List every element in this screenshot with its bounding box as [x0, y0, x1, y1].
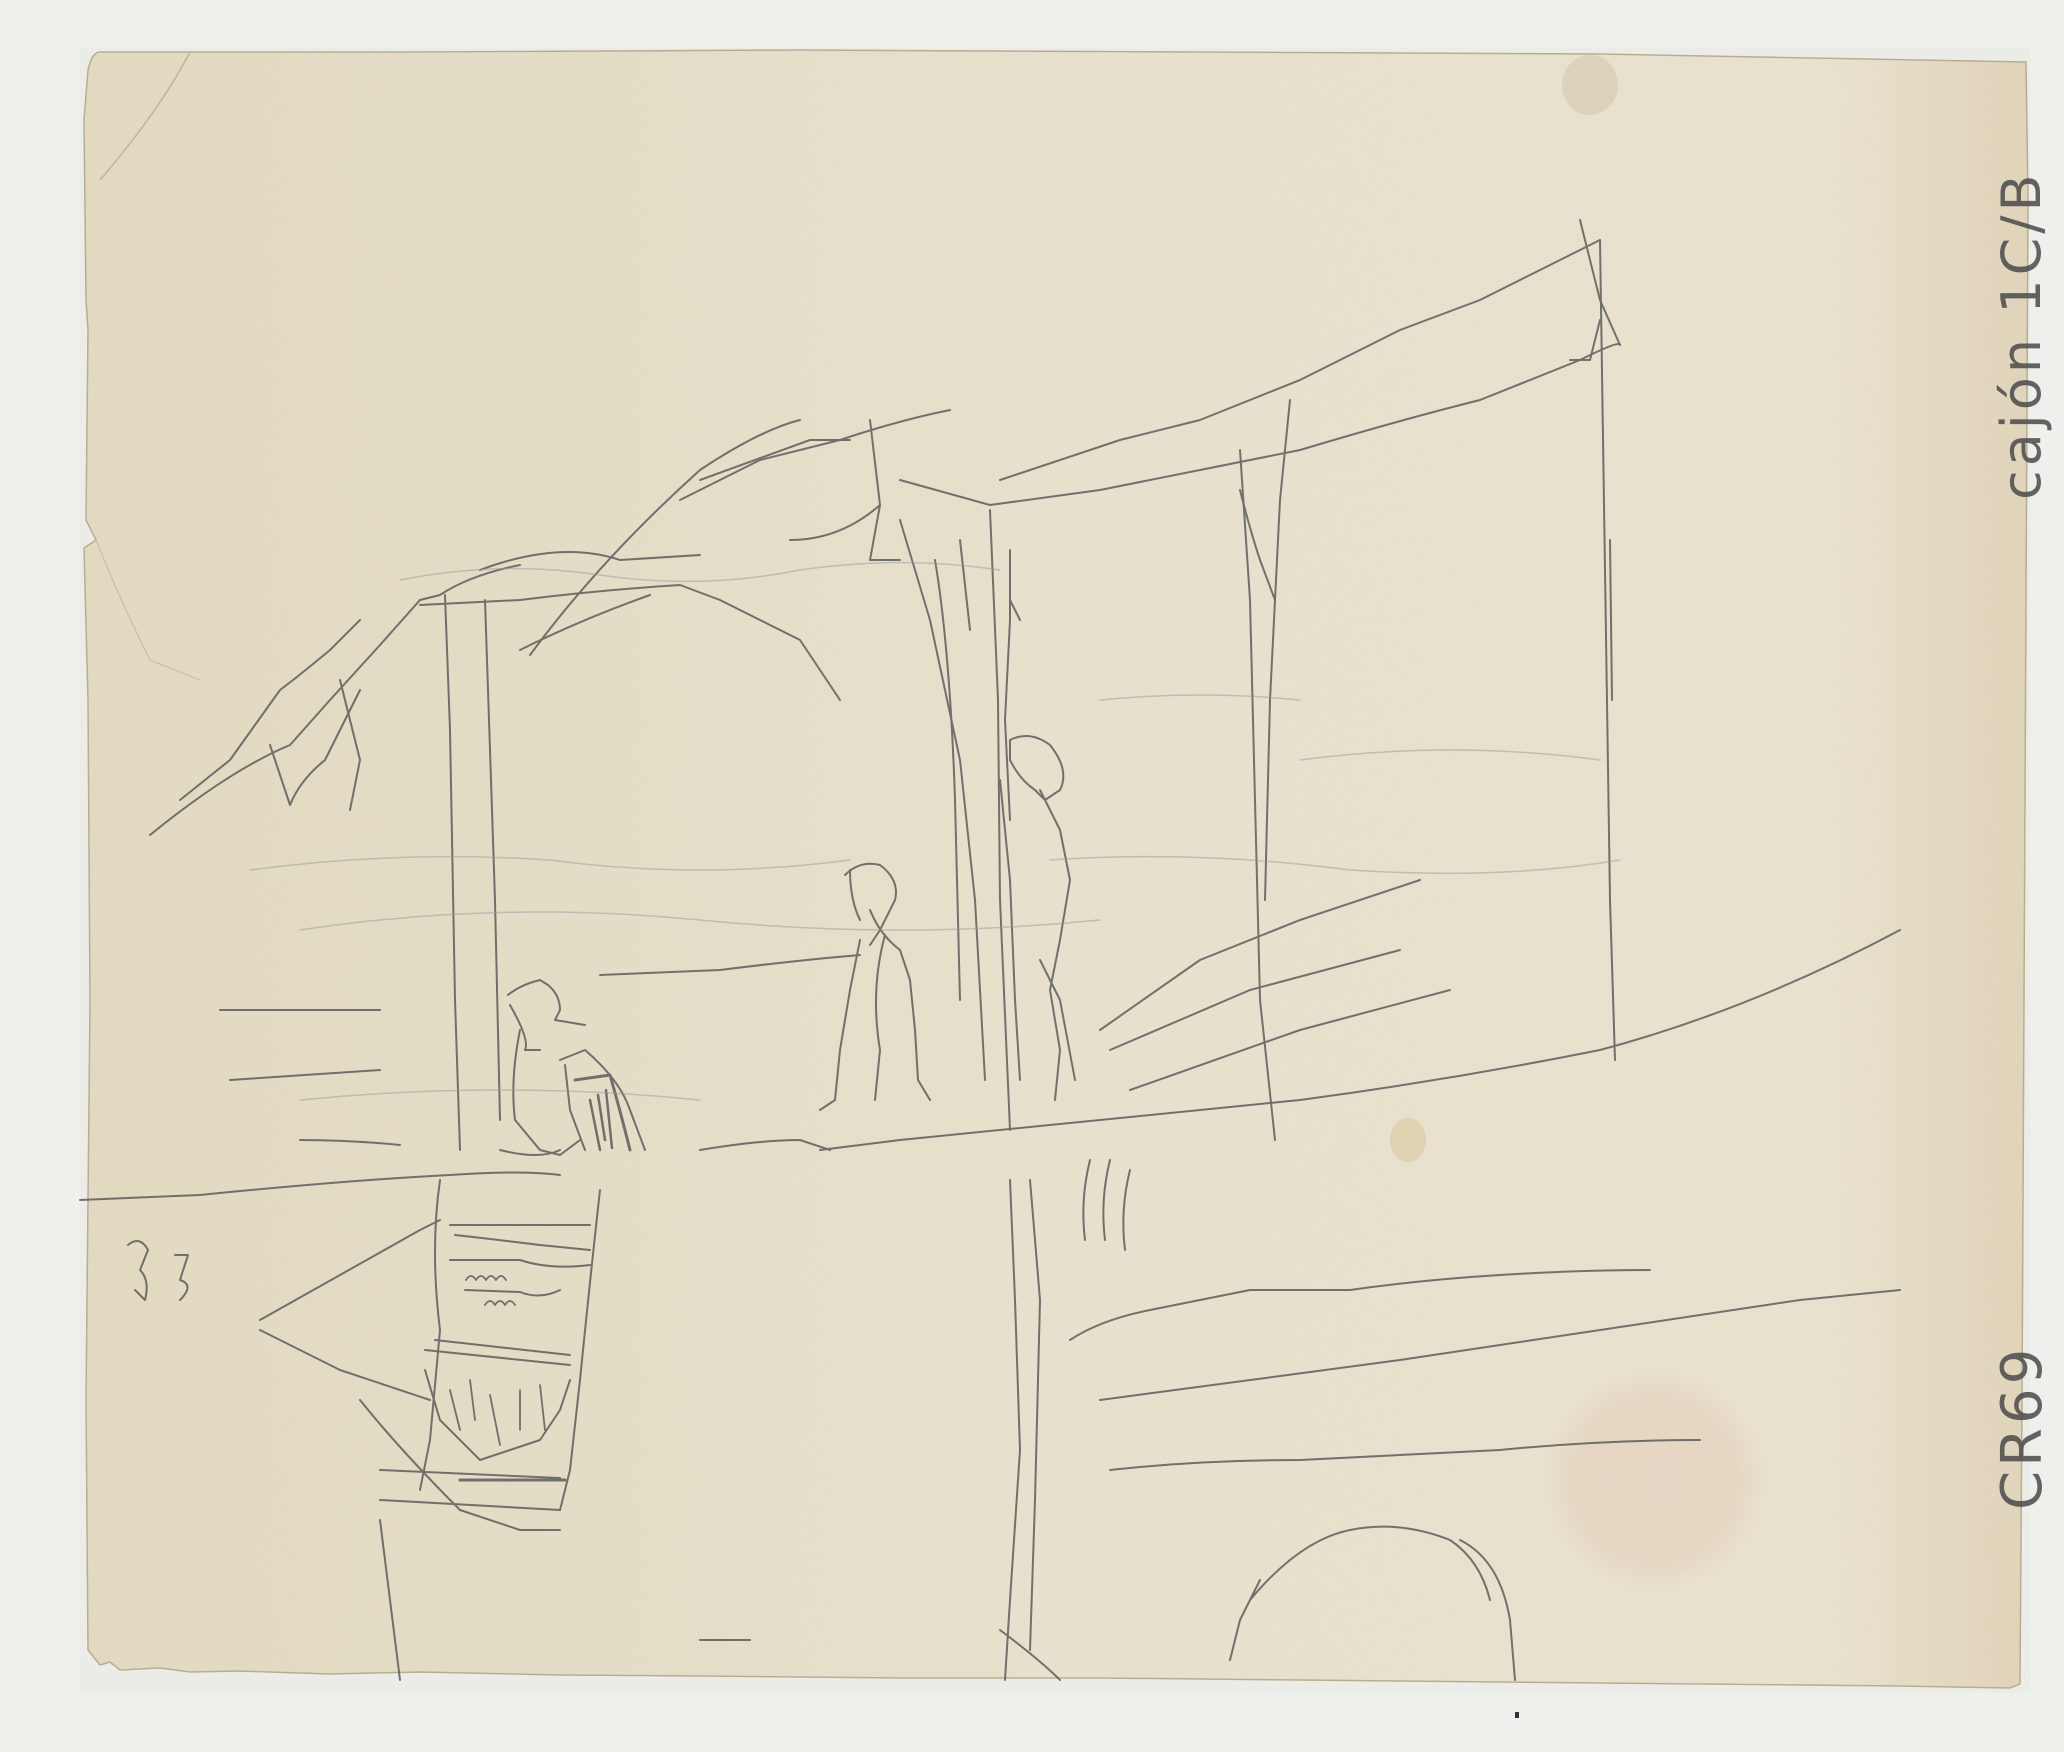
- archive-annotation-cajon: cajón 1C/B: [1990, 170, 2053, 500]
- stray-mark: [1515, 1712, 1519, 1718]
- archive-annotation-catalog-number: CR69: [1990, 1345, 2055, 1510]
- stamp-mark: [1545, 1370, 1765, 1590]
- sketch-sheet: [0, 0, 2064, 1752]
- paper-sheet: [80, 48, 2030, 1693]
